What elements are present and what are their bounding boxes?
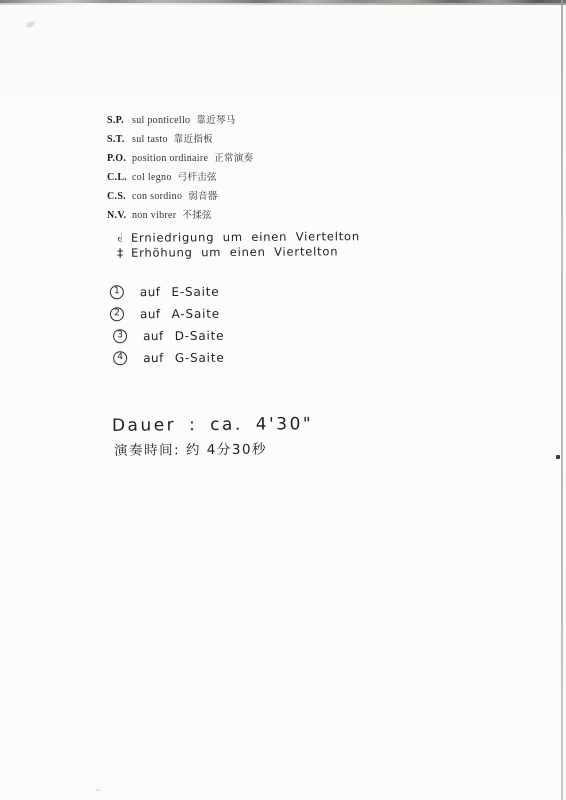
abbreviation-term: col legno [132, 172, 172, 183]
abbreviation-chinese-translation: 弓杆击弦 [178, 169, 217, 183]
abbreviation-term: con sordino [132, 191, 182, 202]
abbreviation-chinese-translation: 弱音器 [188, 188, 217, 202]
ink-speck [556, 455, 560, 459]
string-prefix: auf [140, 307, 161, 321]
circled-number-icon: 4 [113, 351, 127, 365]
abbreviation-term: sul tasto [132, 134, 168, 145]
scanned-score-notes-page: S.P. sul ponticello 靠近琴马 S.T. sul tasto … [0, 0, 566, 800]
duration-chinese: 演奏時间: 约 4分30秒 [114, 437, 313, 459]
abbreviation-chinese-translation: 靠近指板 [174, 131, 213, 145]
accidental-row: ‡ Erhöhung um einen Viertelton [117, 244, 360, 261]
circled-number-icon: 1 [110, 285, 124, 299]
string-row: 3 auf D-Saite [110, 325, 224, 348]
abbreviation-chinese-translation: 不揉弦 [182, 207, 211, 221]
abbreviation-row: C.L. col legno 弓杆击弦 [107, 169, 253, 188]
abbreviation-code: N.V. [107, 210, 131, 221]
accidental-row: ♭ Erniedrigung um einen Viertelton [117, 229, 360, 246]
abbreviation-term: position ordinaire [132, 153, 208, 164]
accidental-meaning: Erniedrigung um einen Viertelton [131, 229, 360, 245]
string-row: 2 auf A-Saite [110, 303, 224, 326]
abbreviation-code: S.T. [107, 134, 131, 145]
circled-number-icon: 2 [110, 307, 124, 321]
abbreviation-code: P.O. [107, 153, 131, 164]
abbreviation-row: P.O. position ordinaire 正常演奏 [107, 150, 253, 169]
abbreviation-code: S.P. [107, 115, 131, 126]
string-row: 4 auf G-Saite [110, 347, 224, 370]
duration-note: Dauer : ca. 4'30" 演奏時间: 约 4分30秒 [112, 414, 314, 459]
scan-edge-artifact-right [561, 0, 563, 800]
string-label: E-Saite [171, 285, 219, 299]
string-label: D-Saite [175, 329, 225, 343]
circled-number-icon: 3 [113, 329, 127, 343]
abbreviation-term: non vibrer [132, 210, 176, 221]
string-label: A-Saite [172, 307, 220, 321]
string-row: 1 auf E-Saite [110, 281, 224, 304]
string-number-legend: 1 auf E-Saite 2 auf A-Saite 3 auf D-Sait… [110, 281, 225, 370]
scan-edge-artifact-top-shadow [0, 3, 566, 5]
quarter-tone-legend: ♭ Erniedrigung um einen Viertelton ‡ Erh… [117, 229, 360, 261]
quarter-tone-sharp-icon: ‡ [117, 246, 131, 260]
abbreviation-chinese-translation: 靠近琴马 [196, 112, 235, 126]
quarter-tone-flat-icon: ♭ [117, 231, 123, 245]
abbreviation-row: N.V. non vibrer 不揉弦 [107, 207, 253, 226]
paper-smudge [25, 20, 35, 28]
paper-smudge [95, 789, 101, 791]
abbreviation-code: C.S. [107, 191, 131, 202]
technique-abbreviation-legend: S.P. sul ponticello 靠近琴马 S.T. sul tasto … [107, 112, 253, 226]
abbreviation-row: S.T. sul tasto 靠近指板 [107, 131, 253, 150]
abbreviation-term: sul ponticello [132, 115, 190, 126]
duration-german: Dauer : ca. 4'30" [112, 414, 313, 436]
abbreviation-chinese-translation: 正常演奏 [214, 150, 253, 164]
abbreviation-code: C.L. [107, 172, 131, 183]
accidental-meaning: Erhöhung um einen Viertelton [131, 244, 338, 259]
abbreviation-row: C.S. con sordino 弱音器 [107, 188, 253, 207]
string-label: G-Saite [175, 351, 225, 365]
abbreviation-row: S.P. sul ponticello 靠近琴马 [107, 112, 253, 131]
string-prefix: auf [143, 329, 164, 343]
string-prefix: auf [140, 285, 161, 299]
string-prefix: auf [143, 351, 164, 365]
